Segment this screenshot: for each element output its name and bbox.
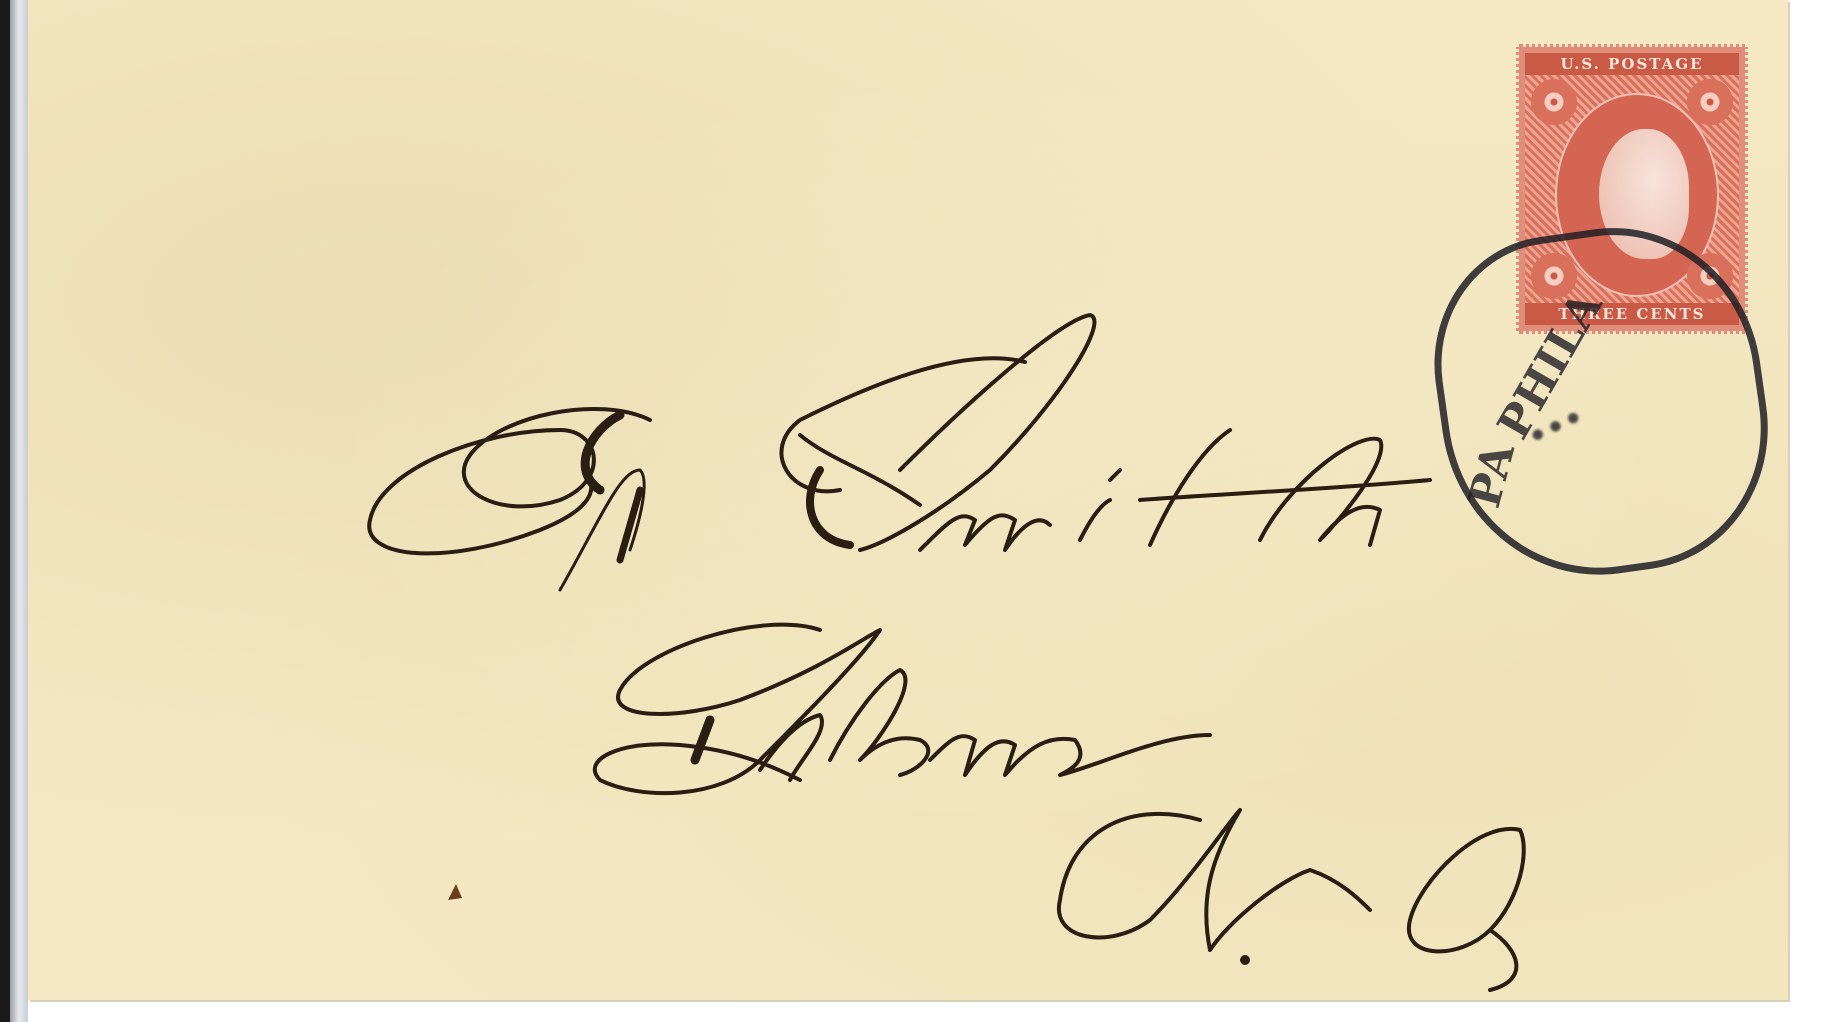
script-letter-E [369, 409, 650, 553]
script-abbrev-NJ [1059, 810, 1524, 990]
ink-fleck [448, 884, 462, 900]
script-word-Salem [595, 625, 1210, 793]
script-letters-mith [920, 430, 1430, 550]
handwritten-address [0, 0, 1824, 1022]
script-letter-S [781, 315, 1094, 550]
